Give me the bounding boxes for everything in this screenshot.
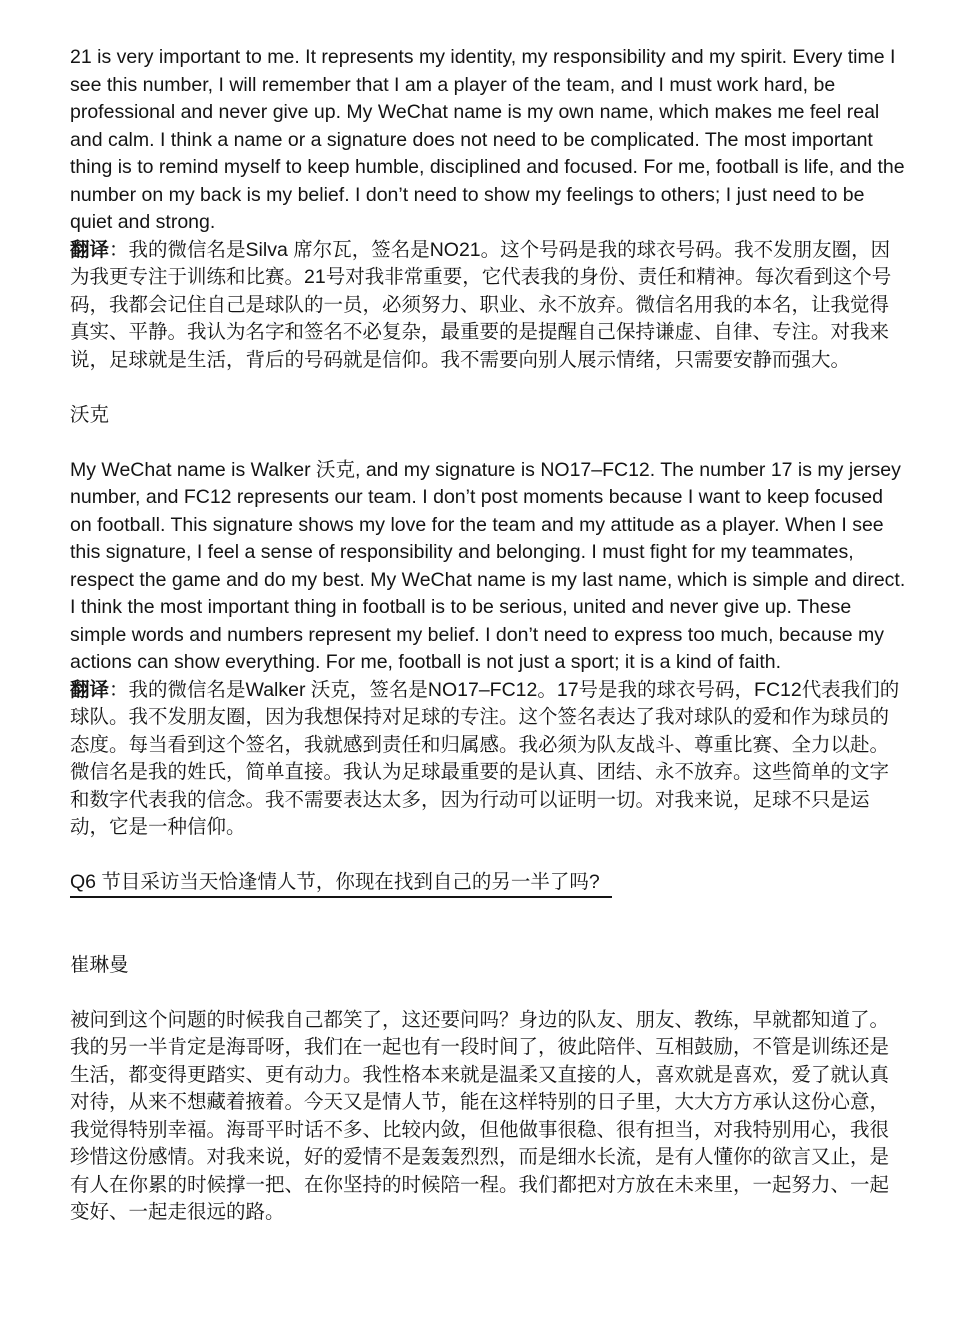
translation-colon: ：	[109, 239, 129, 261]
translation-label: 翻译	[70, 239, 109, 261]
answer1-english-text: 21 is very important to me. It represent…	[70, 46, 905, 233]
answer3-chinese-text: 被问到这个问题的时候我自己都笑了，这还要问吗？身边的队友、朋友、教练，早就都知道…	[70, 1009, 889, 1224]
answer2-translation-paragraph: 翻译：我的微信名是Walker 沃克，签名是NO17–FC12。17号是我的球衣…	[70, 677, 906, 842]
speaker-heading-walker: 沃克	[70, 402, 906, 430]
answer1-english-paragraph: 21 is very important to me. It represent…	[70, 44, 906, 237]
answer2-english-paragraph: My WeChat name is Walker 沃克, and my sign…	[70, 457, 906, 677]
document-page: 21 is very important to me. It represent…	[0, 0, 972, 1343]
speaker-walker-name: 沃克	[70, 404, 109, 426]
answer1-translation-paragraph: 翻译：我的微信名是Silva 席尔瓦，签名是NO21。这个号码是我的球衣号码。我…	[70, 237, 906, 375]
question6-heading: Q6 节目采访当天恰逢情人节，你现在找到自己的另一半了吗?	[70, 869, 906, 897]
translation-colon: ：	[109, 679, 129, 701]
question6-text: Q6 节目采访当天恰逢情人节，你现在找到自己的另一半了吗?	[70, 871, 612, 898]
speaker-cuilinman-name: 崔琳曼	[70, 954, 129, 976]
translation-label: 翻译	[70, 679, 109, 701]
answer2-chinese-text: 我的微信名是Walker 沃克，签名是NO17–FC12。17号是我的球衣号码，…	[70, 679, 899, 839]
answer3-chinese-paragraph: 被问到这个问题的时候我自己都笑了，这还要问吗？身边的队友、朋友、教练，早就都知道…	[70, 1007, 906, 1227]
answer2-english-text: My WeChat name is Walker 沃克, and my sign…	[70, 459, 905, 674]
speaker-heading-cuilinman: 崔琳曼	[70, 952, 906, 980]
answer1-chinese-text: 我的微信名是Silva 席尔瓦，签名是NO21。这个号码是我的球衣号码。我不发朋…	[70, 239, 891, 371]
